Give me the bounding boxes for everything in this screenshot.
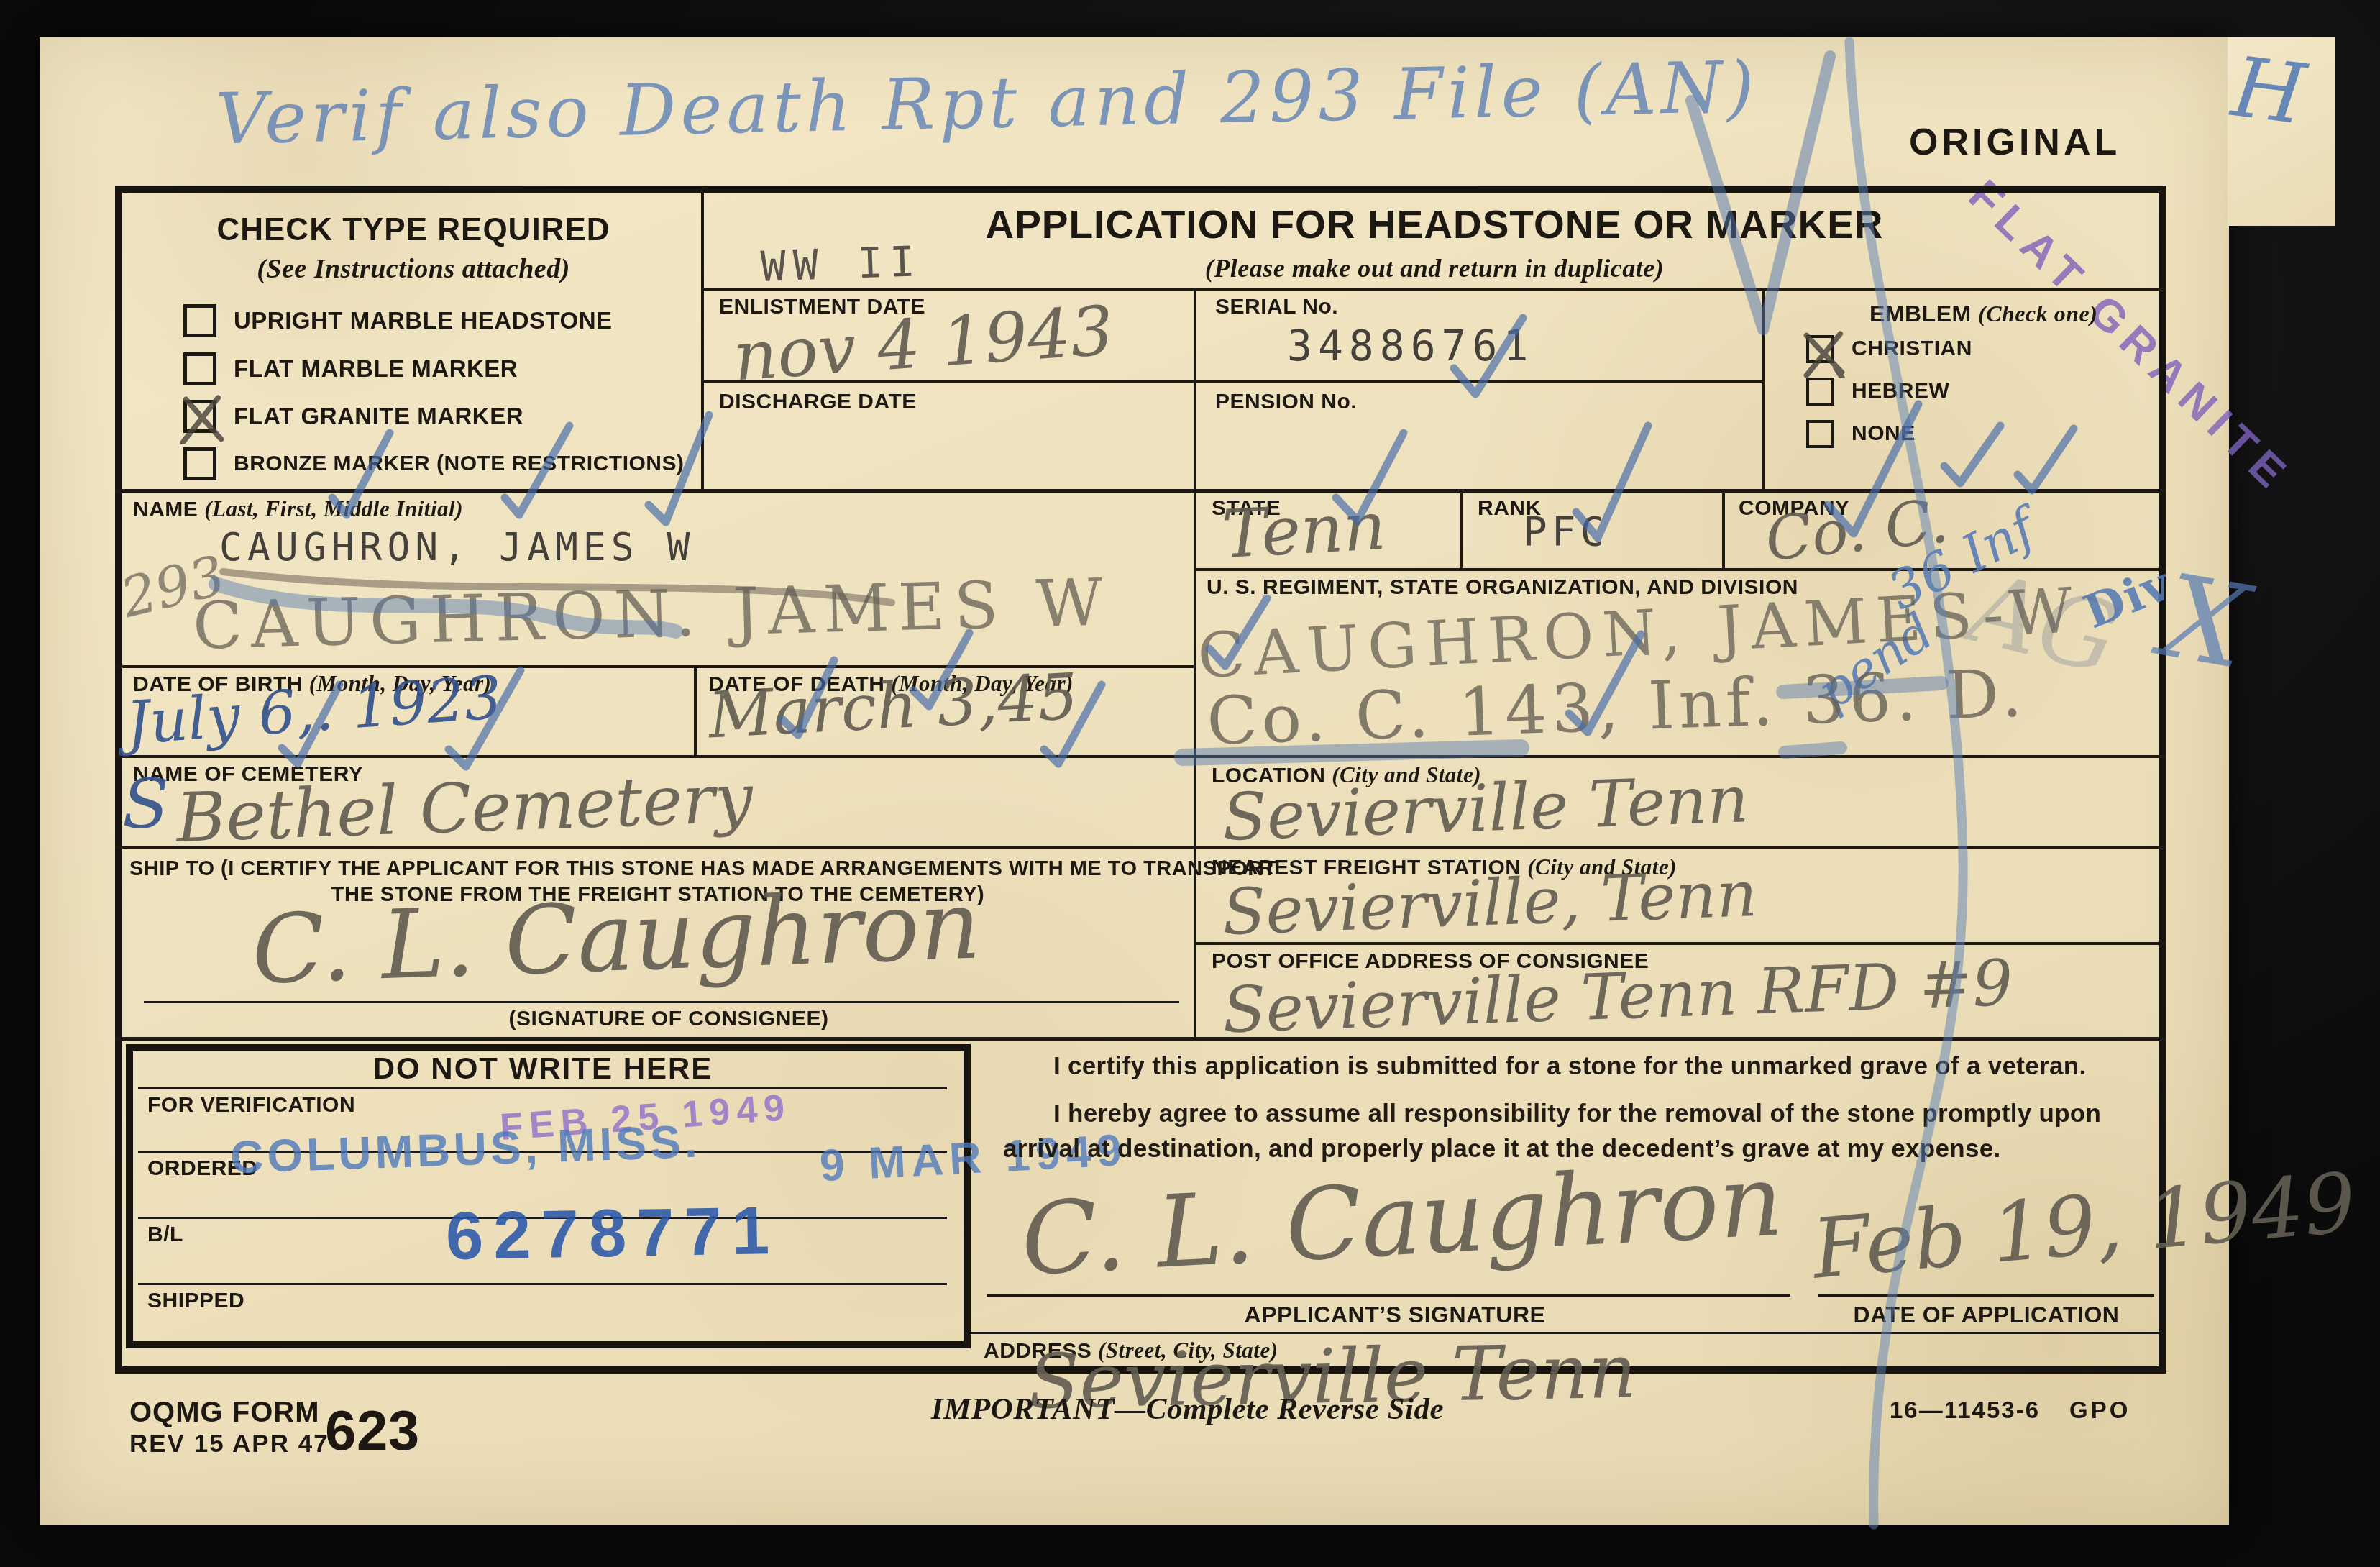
checkbox-flat-marble-marker: FLAT MARBLE MARKER [183,352,518,385]
name-typed-value: CAUGHRON, JAMES W [219,529,695,567]
rule-line [115,1037,2166,1041]
check-type-subtitle: (See Instructions attached) [133,253,694,285]
gpo-label: GPO [2069,1397,2130,1424]
checkbox-box [183,447,216,480]
rule-line [115,755,2166,758]
rule-line [1762,288,1765,489]
checkbox-label: HEBREW [1852,379,1949,403]
scanned-document-page: Verif also Death Rpt and 293 File (AN) H… [0,0,2380,1567]
applicant-signature-label: APPLICANT’S SIGNATURE [1165,1302,1625,1328]
checkbox-emblem-christian: CHRISTIAN [1806,332,1972,365]
important-note-text: IMPORTANT—Complete Reverse Side [931,1392,1444,1426]
rule-line [701,288,2166,291]
check-type-subtitle-text: (See Instructions attached) [257,254,570,284]
freight-station-value: Sevierville, Tenn [1222,862,1758,944]
emblem-label: EMBLEM (Check one) [1869,301,2097,327]
consignee-caption: (SIGNATURE OF CONSIGNEE) [388,1007,949,1031]
name-label: NAME (Last, First, Middle Initial) [133,496,463,522]
original-label: ORIGINAL [1909,121,2120,164]
checkbox-box [183,352,216,385]
bl-label: B/L [147,1223,183,1247]
form-title: APPLICATION FOR HEADSTONE OR MARKER [708,201,2161,247]
check-type-title: CHECK TYPE REQUIRED [133,212,694,248]
shipped-label: SHIPPED [147,1289,244,1313]
serial-no-value: 34886761 [1287,325,1534,367]
consignee-signature: C. L. Caughron [250,877,982,997]
pencil-x-mark [180,395,226,444]
rule-line [1194,288,1196,1037]
checkbox-emblem-hebrew: HEBREW [1806,375,1949,408]
pencil-x-mark [1802,329,1848,378]
checkbox-emblem-none: NONE [1806,417,1916,450]
checkbox-flat-granite-marker: FLAT GRANITE MARKER [183,400,523,433]
form-subtitle: (Please make out and return in duplicate… [708,253,2161,283]
checkbox-box [1806,420,1834,448]
do-not-write-title: DO NOT WRITE HERE [137,1051,949,1086]
form-name: OQMG FORM [129,1397,320,1429]
name-label-note: (Last, First, Middle Initial) [204,496,463,521]
name-label-text: NAME [133,498,198,521]
top-note-h-mark: H [2228,46,2310,137]
checkbox-box [183,304,216,337]
checkbox-label: CHRISTIAN [1852,337,1972,361]
signature-rule [144,1001,1179,1003]
checkbox-label: FLAT GRANITE MARKER [234,403,523,430]
checkbox-upright-marble-headstone: UPRIGHT MARBLE HEADSTONE [183,304,613,337]
bl-number-stamp: 6278771 [445,1197,780,1270]
rule-line [115,489,2166,493]
state-value: Tenn [1221,493,1388,568]
form-revision: REV 15 APR 47 [129,1430,329,1458]
rule-line [138,1283,947,1285]
checkbox-label: NONE [1852,421,1916,446]
cemetery-prefix: S [122,771,169,839]
emblem-label-text: EMBLEM [1869,301,1972,326]
signature-rule [1818,1294,2154,1297]
emblem-note-text: (Check one) [1978,301,2097,326]
for-verification-label: FOR VERIFICATION [147,1093,355,1118]
rule-line [1722,489,1725,568]
rule-line [1460,489,1463,568]
cemetery-value: Bethel Cemetery [175,765,754,853]
checkbox-label: UPRIGHT MARBLE HEADSTONE [234,307,613,334]
rule-line [138,1087,947,1089]
rule-line [701,186,704,489]
important-note: IMPORTANT—Complete Reverse Side [931,1392,1444,1427]
location-value: Sevierville Tenn [1222,767,1750,850]
checkbox-bronze-marker: BRONZE MARKER (NOTE RESTRICTIONS) [183,447,685,480]
checkbox-box [1806,378,1834,406]
print-code: 16—11453-6 [1890,1397,2040,1424]
ship-to-label-line1: SHIP TO (I CERTIFY THE APPLICANT FOR THI… [129,857,1186,881]
serial-no-label: SERIAL No. [1215,295,1338,319]
discharge-date-label: DISCHARGE DATE [719,390,917,414]
checkbox-box [183,400,216,433]
rank-value: PFC [1523,512,1608,552]
checkbox-label: FLAT MARBLE MARKER [234,355,518,383]
form-number: 623 [325,1398,420,1463]
checkbox-box [1806,335,1834,363]
certification-paragraph-1: I certify this application is submitted … [1003,1049,2146,1084]
form-subtitle-text: (Please make out and return in duplicate… [1205,254,1665,283]
application-date-label: DATE OF APPLICATION [1826,1302,2146,1328]
signature-rule [987,1294,1790,1297]
pension-no-label: PENSION No. [1215,390,1357,414]
rule-line [694,665,697,755]
checkbox-label: BRONZE MARKER (NOTE RESTRICTIONS) [234,452,685,476]
ww2-typed-note: WW II [760,240,923,288]
date-of-death-value: March 3,45 [707,665,1079,748]
